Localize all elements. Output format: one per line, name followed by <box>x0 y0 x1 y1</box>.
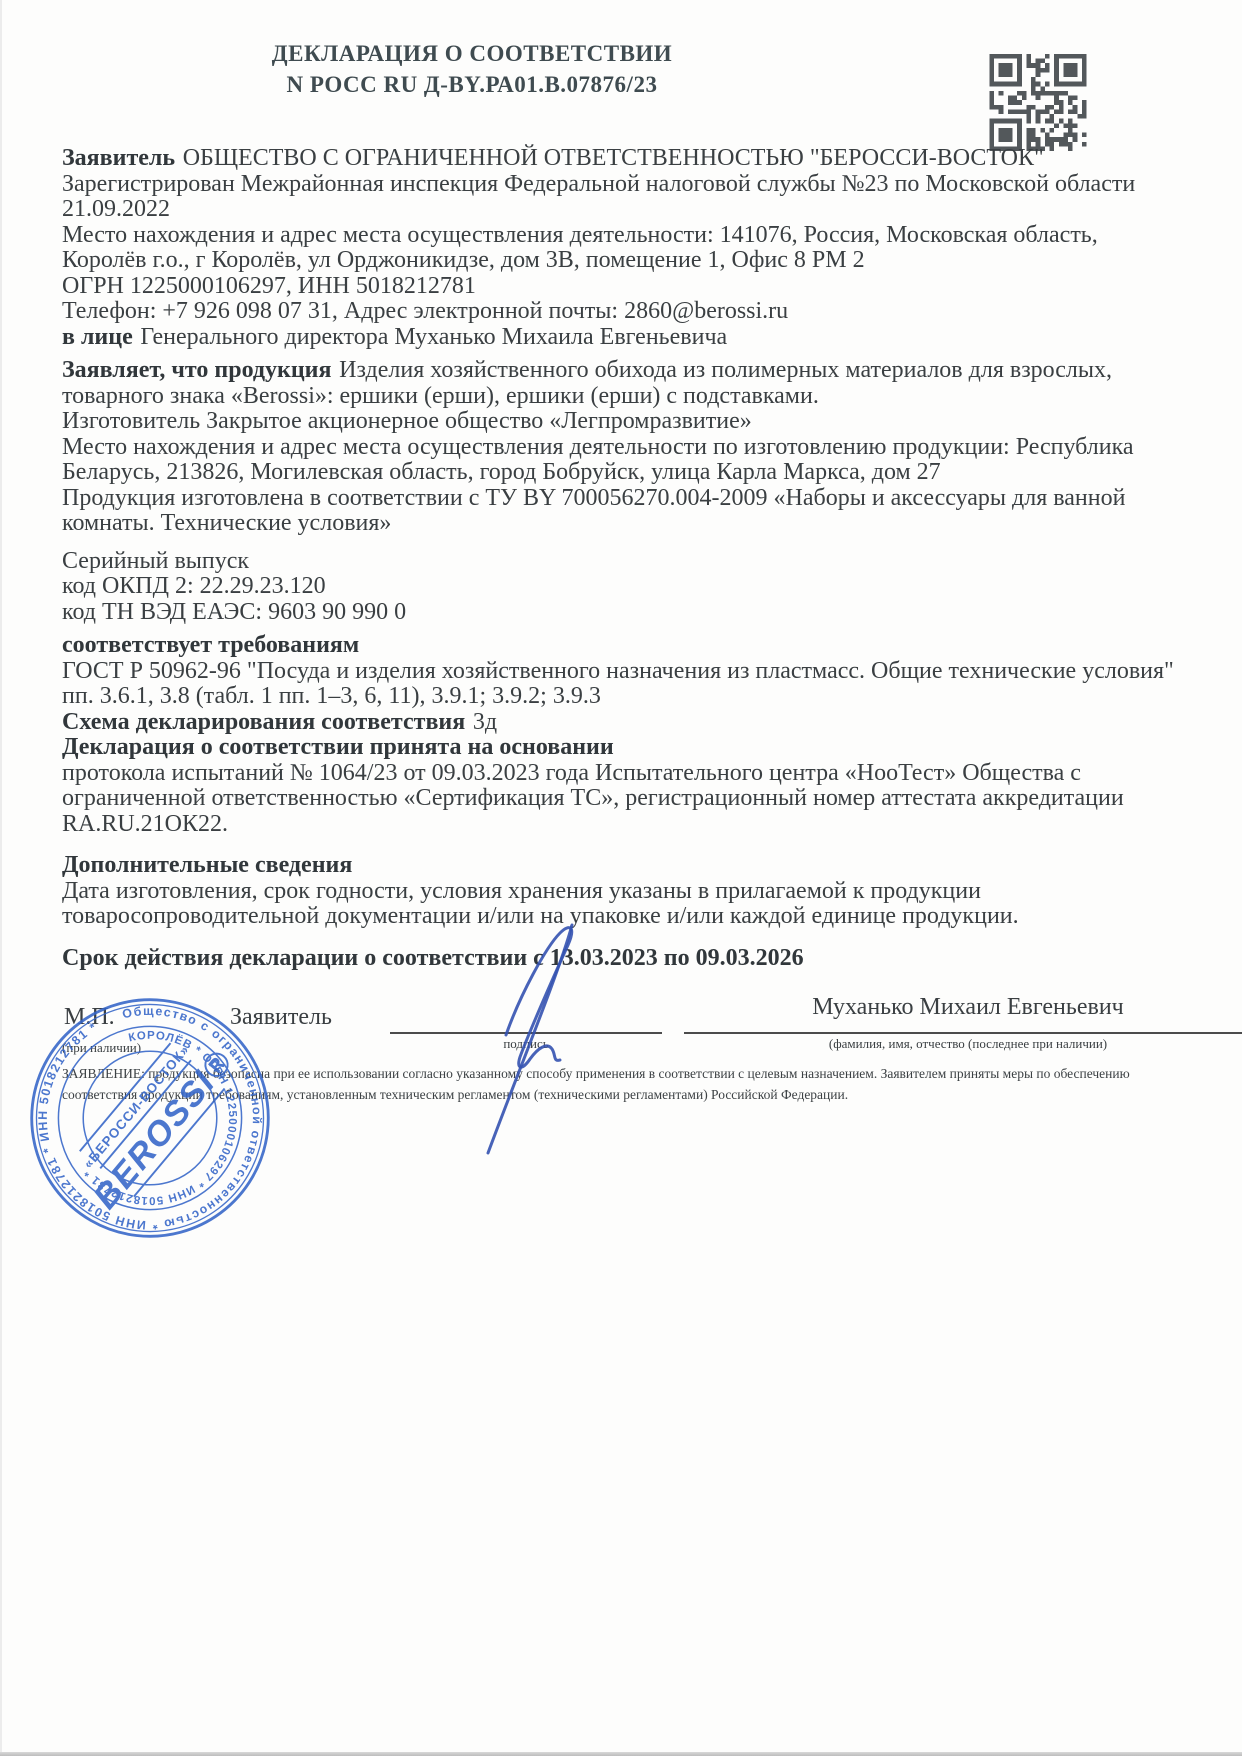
scheme-value: 3д <box>473 709 497 735</box>
manufacturer-address: Место нахождения и адрес места осуществл… <box>62 435 1184 486</box>
product-paragraph: Заявляет, что продукцияИзделия хозяйстве… <box>62 358 1184 409</box>
tnved-code: код ТН ВЭД ЕАЭС: 9603 90 990 0 <box>62 600 1184 626</box>
name-caption: (фамилия, имя, отчество (последнее при н… <box>684 1036 1242 1052</box>
okpd-code: код ОКПД 2: 22.29.23.120 <box>62 574 1184 600</box>
additional-heading: Дополнительные сведения <box>62 853 1184 879</box>
document-header: ДЕКЛАРАЦИЯ О СООТВЕТСТВИИ N РОСС RU Д-BY… <box>112 38 832 100</box>
declaration-scheme: Схема декларирования соответствия3д <box>62 710 1184 736</box>
basis-text: протокола испытаний № 1064/23 от 09.03.2… <box>62 761 1184 838</box>
in-person-label: в лице <box>62 324 133 350</box>
product-label: Заявляет, что продукция <box>62 357 331 383</box>
applicant-address: Место нахождения и адрес места осуществл… <box>62 223 1184 274</box>
applicant-contacts: Телефон: +7 926 098 07 31, Адрес электро… <box>62 299 1184 325</box>
applicant-paragraph: ЗаявительОБЩЕСТВО С ОГРАНИЧЕННОЙ ОТВЕТСТ… <box>62 146 1184 172</box>
applicant-name: ОБЩЕСТВО С ОГРАНИЧЕННОЙ ОТВЕТСТВЕННОСТЬЮ… <box>183 145 1044 171</box>
name-line <box>684 996 1242 1034</box>
serial-issue: Серийный выпуск <box>62 549 1184 575</box>
document-body: ЗаявительОБЩЕСТВО С ОГРАНИЧЕННОЙ ОТВЕТСТ… <box>62 146 1184 971</box>
document-title: ДЕКЛАРАЦИЯ О СООТВЕТСТВИИ <box>112 38 832 69</box>
scheme-label: Схема декларирования соответствия <box>62 709 465 735</box>
requirements-heading: соответствует требованиям <box>62 633 1184 659</box>
applicant-label: Заявитель <box>62 145 175 171</box>
document-number: N РОСС RU Д-BY.РА01.В.07876/23 <box>112 69 832 100</box>
document-page: ДЕКЛАРАЦИЯ О СООТВЕТСТВИИ N РОСС RU Д-BY… <box>0 0 1242 1756</box>
applicant-registered: Зарегистрирован Межрайонная инспекция Фе… <box>62 172 1184 223</box>
in-person-name: Генерального директора Муханько Михаила … <box>140 324 727 350</box>
handwritten-signature <box>410 895 650 1165</box>
qr-code <box>988 54 1088 151</box>
technical-conditions: Продукция изготовлена в соответствии с Т… <box>62 486 1184 537</box>
gost-reference: ГОСТ Р 50962-96 "Посуда и изделия хозяйс… <box>62 659 1184 710</box>
applicant-ogrn-inn: ОГРН 1225000106297, ИНН 5018212781 <box>62 274 1184 300</box>
applicant-representative: в лицеГенерального директора Муханько Ми… <box>62 325 1184 351</box>
manufacturer: Изготовитель Закрытое акционерное общест… <box>62 409 1184 435</box>
basis-heading: Декларация о соответствии принята на осн… <box>62 735 1184 761</box>
